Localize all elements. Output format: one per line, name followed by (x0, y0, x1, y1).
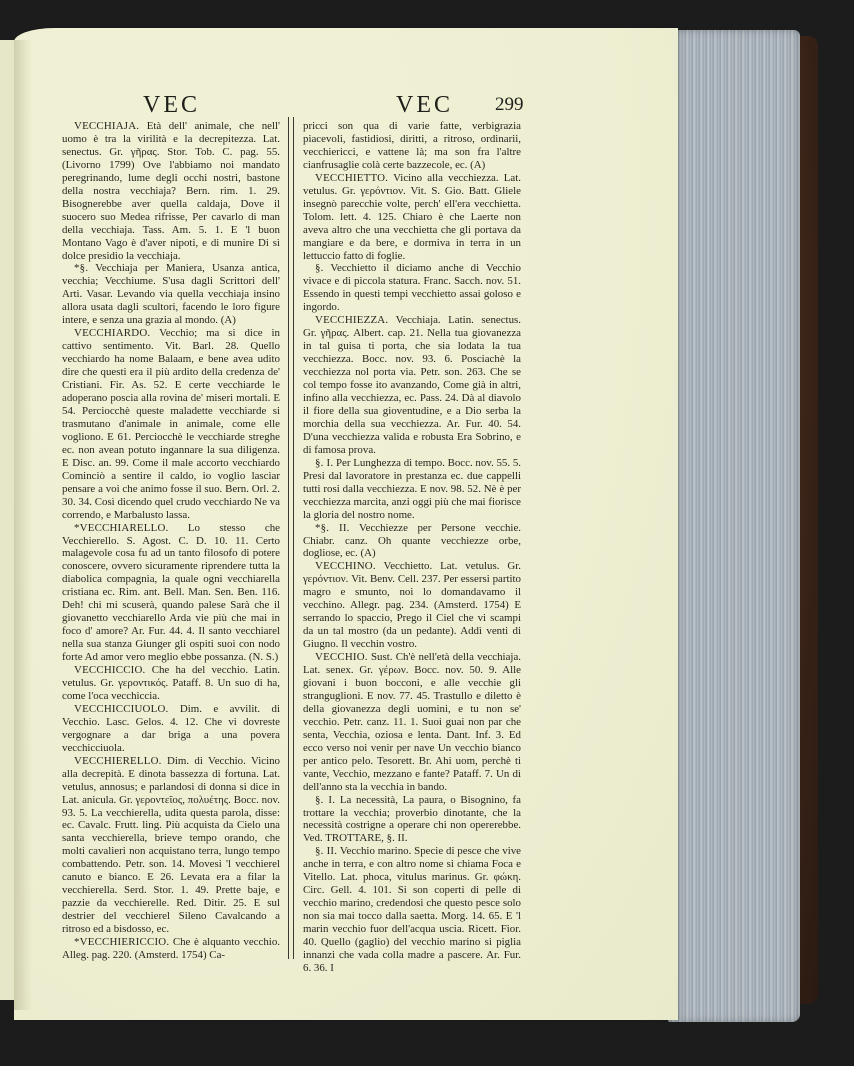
entry-headword: VECCHIEZZA. (315, 314, 388, 326)
page-number: 299 (495, 94, 524, 116)
entry: *§. Vecchiaja per Maniera, Usanza antica… (62, 262, 280, 327)
entry: §. II. Vecchio marino. Specie di pesce c… (303, 845, 521, 975)
entry: *§. II. Vecchiezze per Persone vecchie. … (303, 522, 521, 561)
entry-text: La necessità, La paura, o Bisognino, fa … (303, 794, 521, 845)
column-divider (288, 117, 294, 959)
entry-headword: §. I. (315, 457, 333, 469)
entry-headword: §. (315, 262, 324, 274)
entry-headword: §. II. (315, 845, 337, 857)
entry-headword: *§. (74, 262, 88, 274)
running-head-right: VEC (396, 92, 453, 119)
entry-text: Vecchiaja per Maniera, Usanza antica, ve… (62, 262, 280, 326)
entry-headword: VECCHINO. (315, 560, 376, 572)
entry: VECCHIEZZA. Vecchiaja. Latin. senectus. … (303, 314, 521, 456)
entry-text: Sust. Ch'è nell'età della vecchiaja. Lat… (303, 651, 521, 793)
entry: VECCHICCIUOLO. Dim. e avvilit. di Vecchi… (62, 703, 280, 755)
page-edges (668, 30, 800, 1022)
entry-continuation: pricci son qua di varie fatte, verbigraz… (303, 120, 521, 172)
entry-headword: *VECCHIARELLO. (74, 522, 168, 534)
entry-text: Vecchietto il diciamo anche di Vecchio v… (303, 262, 521, 313)
entry-text: pricci son qua di varie fatte, verbigraz… (303, 120, 521, 171)
entry-text: Età dell' animale, che nell' uomo è tra … (62, 120, 280, 262)
entry: VECCHINO. Vecchietto. Lat. vetulus. Gr. … (303, 560, 521, 651)
entry: §. I. Per Lunghezza di tempo. Bocc. nov.… (303, 457, 521, 522)
entry-text: Vicino alla vecchiezza. Lat. vetulus. Gr… (303, 172, 521, 262)
entry: VECCHIARDO. Vecchio; ma si dice in catti… (62, 327, 280, 521)
entry: VECCHICCIO. Che ha del vecchio. Latin. v… (62, 664, 280, 703)
entry-headword: VECCHIARDO. (74, 327, 150, 339)
entry-text: Per Lunghezza di tempo. Bocc. nov. 55. 5… (303, 457, 521, 521)
entry-headword: §. I. (315, 794, 335, 806)
entry-headword: *VECCHIERICCIO. (74, 936, 169, 948)
entry-headword: VECCHIETTO. (315, 172, 388, 184)
entry: §. I. La necessità, La paura, o Bisognin… (303, 794, 521, 846)
entry: VECCHIO. Sust. Ch'è nell'età della vecch… (303, 651, 521, 793)
entry-headword: VECCHIAJA. (74, 120, 139, 132)
entry-text: Vecchietto. Lat. vetulus. Gr. γερόντιον.… (303, 560, 521, 650)
entry: *VECCHIERICCIO. Che è alquanto vecchio. … (62, 936, 280, 962)
entry: §. Vecchietto il diciamo anche di Vecchi… (303, 262, 521, 314)
entry-text: Vecchiaja. Latin. senectus. Gr. γῆρας. A… (303, 314, 521, 456)
column-left: VECCHIAJA. Età dell' animale, che nell' … (62, 120, 280, 962)
entry: VECCHIAJA. Età dell' animale, che nell' … (62, 120, 280, 262)
gutter-shadow (14, 40, 32, 1010)
entry: VECCHIETTO. Vicino alla vecchiezza. Lat.… (303, 172, 521, 263)
entry-headword: VECCHICCIUOLO. (74, 703, 168, 715)
entry-text: Vecchio marino. Specie di pesce che vive… (303, 845, 521, 974)
entry-text: Vecchio; ma si dice in cattivo sentiment… (62, 327, 280, 520)
entry-headword: *§. II. (315, 522, 350, 534)
entry-headword: VECCHIERELLO. (74, 755, 162, 767)
entry: *VECCHIARELLO. Lo stesso che Vecchierell… (62, 522, 280, 664)
entry-headword: VECCHICCIO. (74, 664, 145, 676)
entry: VECCHIERELLO. Dim. di Vecchio. Vicino al… (62, 755, 280, 936)
entry-text: Dim. di Vecchio. Vicino alla decrepità. … (62, 755, 280, 935)
entry-text: Lo stesso che Vecchierello. S. Agost. C.… (62, 522, 280, 664)
running-head-left: VEC (143, 92, 200, 119)
entry-headword: VECCHIO. (315, 651, 368, 663)
column-right: pricci son qua di varie fatte, verbigraz… (303, 120, 521, 975)
